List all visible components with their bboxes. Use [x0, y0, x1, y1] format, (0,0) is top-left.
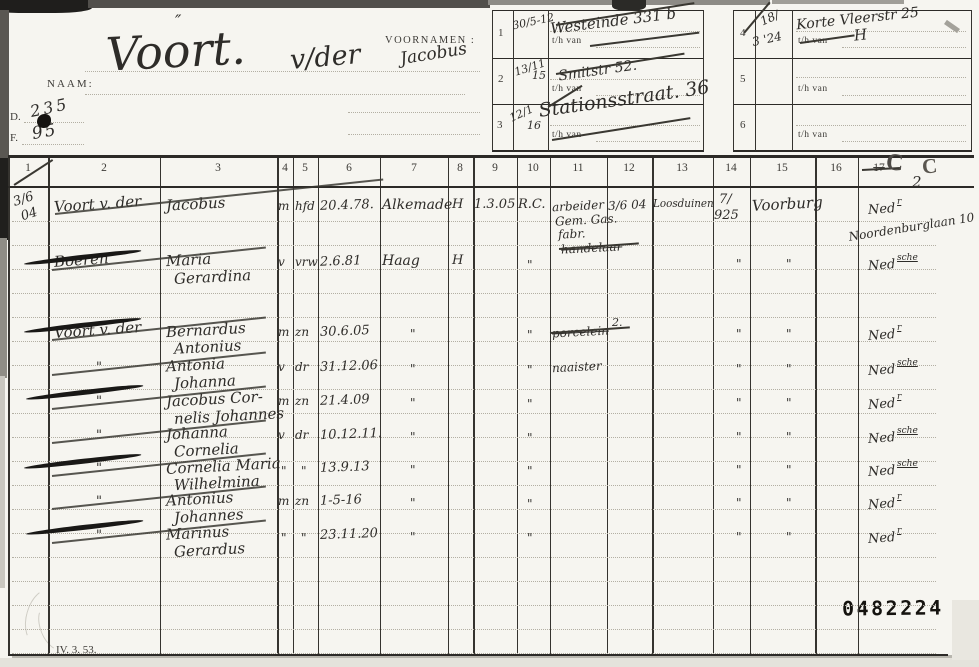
register-row-6-nationaliteit: Ned [868, 431, 896, 446]
register-row-7-geslacht: " [281, 465, 287, 477]
register-row-4-geboorteplaats-ditto: " [410, 363, 416, 375]
register-row-9-vertrek-naar-ditto: " [786, 531, 792, 543]
register-row-7-kerk-ditto: " [527, 465, 533, 477]
register-row-3-geslacht: m [278, 326, 289, 338]
register-ruling-dotline [12, 245, 936, 246]
address-row-number: 1 [498, 28, 504, 39]
ink-blot [37, 114, 51, 128]
address-ruling [796, 31, 966, 32]
address-table-border [733, 58, 972, 59]
register-ruling-dotline [12, 389, 936, 390]
register-row-9-relatie: " [301, 532, 307, 544]
register-row-6-kerk-ditto: " [527, 432, 533, 444]
register-row-4-geboortedatum: 31.12.06 [320, 359, 378, 374]
register-ruling-dotline [12, 341, 936, 342]
scan-edge-artifact [0, 658, 979, 667]
f-ruling [22, 144, 84, 145]
register-row-1-kerkgenootschap: R.C. [518, 198, 546, 211]
register-ruling-dotline [12, 629, 936, 630]
register-column-number: 4 [282, 163, 288, 175]
register-row-3-nationaliteit: Ned [868, 328, 896, 343]
scan-edge-artifact [0, 376, 5, 588]
naam-value: Voort. [105, 24, 247, 77]
scan-edge-artifact [0, 0, 92, 13]
register-row-4-kerk-ditto: " [527, 364, 533, 376]
register-column-number: 13 [676, 163, 688, 175]
register-column-number: 14 [725, 163, 737, 175]
corner-stamp-letter: C [885, 150, 905, 176]
register-column-number: 7 [411, 163, 417, 175]
pen-stroke [552, 117, 691, 141]
register-row-2-vertrek-datum-ditto: " [736, 258, 742, 270]
register-row-4-vertrek-naar-ditto: " [786, 363, 792, 375]
register-row-1-geboortedatum: 20.4.78. [320, 198, 374, 213]
register-ruling-dotline [12, 413, 936, 414]
register-row-7-nationaliteit: Ned [868, 464, 896, 479]
scanned-register-card: NAAM: ″ Voort. v/der VOORNAMEN : Jacobus… [0, 0, 979, 667]
address-table-border [971, 10, 972, 151]
register-row-5-vertrek-naar-ditto: " [786, 397, 792, 409]
naam-tussenvoegsel: v/der [289, 41, 362, 74]
register-column-number: 10 [527, 163, 539, 175]
register-row-1-nationaliteit-suffix: r [897, 198, 901, 207]
address-table-border [492, 10, 493, 151]
register-row-3-nationaliteit-suffix: r [897, 324, 901, 333]
register-row-8-naam-ditto: " [96, 495, 102, 508]
th-van-label: t/h van [798, 131, 828, 141]
address-table-border [492, 150, 704, 152]
address-ruling [842, 141, 966, 142]
register-top-border [8, 155, 974, 158]
register-row-3-geboorteplaats-ditto: " [410, 328, 416, 340]
register-row-7-geboorteplaats-ditto: " [410, 464, 416, 476]
register-ruling-dotline [12, 269, 936, 270]
address-ruling [842, 47, 966, 48]
register-row-1-herkomst: Loosduinen [653, 198, 714, 210]
register-row-6-geslacht: v [278, 429, 285, 441]
register-row-2-vertrek-naar-ditto: " [786, 258, 792, 270]
register-column-number: 6 [346, 163, 352, 175]
register-row-4-nationaliteit: Ned [868, 363, 896, 378]
register-row-9-voornaam: Gerardus [174, 541, 246, 560]
register-row-5-geboortedatum: 21.4.09 [320, 393, 370, 408]
register-row-1-geslacht: m [278, 200, 289, 212]
register-row-3-voornaam: Antonius [174, 338, 242, 357]
register-row-8-geboortedatum: 1-5-16 [320, 493, 362, 507]
register-row-1-relatie: hfd [295, 200, 315, 212]
register-row-2-geslacht: v [278, 256, 285, 268]
address-table-border [733, 104, 972, 105]
register-column-number: 16 [830, 163, 842, 175]
register-row-8-geslacht: m [278, 495, 289, 507]
pen-stroke [590, 32, 699, 47]
register-row-4-naam-ditto: " [96, 361, 102, 374]
register-ruling-dotline [12, 557, 936, 558]
register-header-underline [8, 186, 974, 188]
scan-edge-artifact [0, 238, 7, 378]
register-row-2-geboortedatum: 2.6.81 [320, 254, 362, 268]
address-table-border [733, 150, 972, 152]
address-row-date: 15 [532, 70, 546, 81]
register-row-6-geboortedatum: 10.12.11. [320, 427, 382, 442]
register-row-5-nationaliteit-suffix: r [897, 393, 901, 402]
register-column-number: 8 [457, 163, 463, 175]
register-row-5-kerk-ditto: " [527, 398, 533, 410]
register-row-1-vertrek-datum: 925 [714, 209, 739, 222]
register-row-1-beroep: Gem. Gas. [555, 212, 618, 227]
register-ruling-dotline [12, 461, 936, 462]
register-grid-vline [8, 157, 10, 655]
register-ruling-dotline [12, 317, 936, 318]
register-row-5-nationaliteit: Ned [868, 397, 896, 412]
address-row-number: 6 [740, 120, 746, 131]
register-row-4-beroep: naaister [552, 360, 602, 375]
register-row-7-vertrek-naar-ditto: " [786, 464, 792, 476]
register-row-2-voornaam: Gerardina [174, 268, 252, 287]
register-row-2-kerk-ditto: " [527, 259, 533, 271]
register-row-9-kerk-ditto: " [527, 532, 533, 544]
register-row-9-geslacht: " [281, 532, 287, 544]
register-ruling-dotline [12, 293, 936, 294]
register-ruling-dotline [12, 485, 936, 486]
register-row-1-beroep: fabr. [558, 227, 586, 240]
register-row-5-vertrek-datum-ditto: " [736, 397, 742, 409]
address-ruling [796, 125, 966, 126]
naam-ruling [85, 94, 465, 95]
corner-handwritten-number: 2 [912, 175, 922, 190]
address-table-border [733, 10, 734, 151]
register-row-9-geboortedatum: 23.11.20 [320, 527, 378, 542]
register-row-9-geboorteplaats-ditto: " [410, 531, 416, 543]
register-ruling-dotline [12, 653, 936, 654]
address-row-number: 3 [497, 120, 503, 131]
register-row-4-nationaliteit-suffix: sche [897, 359, 918, 368]
register-row-6-geboorteplaats-ditto: " [410, 431, 416, 443]
register-row-3-geboortedatum: 30.6.05 [320, 324, 370, 339]
address-table-border [755, 10, 756, 151]
register-row-5-relatie: zn [295, 395, 309, 407]
register-row-4-vertrek-datum-ditto: " [736, 363, 742, 375]
scan-edge-artifact [952, 600, 979, 660]
address-ruling [596, 141, 700, 142]
scan-edge-artifact [0, 10, 9, 160]
register-ruling-dotline [12, 605, 936, 606]
margin-check-stroke [26, 383, 144, 402]
register-row-1-vertrek-datum: 7/ [719, 193, 732, 206]
address-ruling [796, 77, 966, 78]
register-row-8-geboorteplaats-ditto: " [410, 497, 416, 509]
register-row-8-nationaliteit: Ned [868, 497, 896, 512]
register-column-number: 11 [572, 163, 583, 175]
register-row-1-kolom8: H [452, 198, 463, 211]
register-row-1-geboorteplaats: Alkemade [382, 198, 452, 212]
register-row-7-geboortedatum: 13.9.13 [320, 460, 370, 475]
register-column-number: 12 [623, 163, 635, 175]
register-row-3-beroep-note: 2. [612, 317, 623, 328]
address-table-border [548, 10, 549, 151]
register-row-5-geslacht: m [278, 395, 289, 407]
register-row-3-vertrek-datum-ditto: " [736, 328, 742, 340]
th-van-label: t/h van [552, 37, 582, 47]
address-row-number: 2 [498, 74, 504, 85]
register-row-9-nationaliteit-suffix: r [897, 527, 901, 536]
register-row-7-vertrek-datum-ditto: " [736, 464, 742, 476]
address-table-border [492, 58, 704, 59]
register-row-9-nationaliteit: Ned [868, 531, 896, 546]
register-row-8-relatie: zn [295, 495, 309, 507]
register-row-6-naam-ditto: " [96, 429, 102, 442]
register-row-5-geboorteplaats-ditto: " [410, 397, 416, 409]
register-row-8-vertrek-datum-ditto: " [736, 497, 742, 509]
register-row-7-naam-ditto: " [96, 462, 102, 475]
register-column-number: 9 [492, 163, 498, 175]
scan-edge-artifact [772, 0, 904, 4]
address-row-number: 5 [740, 74, 746, 85]
address-table-border [792, 10, 793, 151]
register-row-2-kolom8: H [452, 254, 463, 267]
register-row-9-vertrek-datum-ditto: " [736, 531, 742, 543]
register-row-1-huwelijksdatum: 1.3.05 [474, 198, 515, 211]
address-ruling [842, 95, 966, 96]
register-row-2-nationaliteit-suffix: sche [897, 254, 918, 263]
register-ruling-dotline [12, 221, 936, 222]
naam-label: NAAM: [47, 79, 94, 90]
register-row-4-relatie: dr [295, 361, 308, 373]
register-column-number: 2 [101, 163, 107, 175]
register-bottom-border [8, 654, 948, 656]
register-row-1-woonadres: Noordenburglaan 10 [848, 211, 975, 243]
register-row-1-nationaliteit: Ned [868, 202, 896, 217]
address-ruling [596, 47, 700, 48]
address-ruling [550, 125, 700, 126]
register-row-6-relatie: dr [295, 429, 308, 441]
register-row-2-relatie: vrw [295, 256, 318, 268]
register-ruling-dotline [12, 581, 936, 582]
register-column-number: 5 [302, 163, 308, 175]
register-row-2-geboorteplaats: Haag [382, 254, 420, 268]
register-row-1-vertrek-naar: Voorburg [752, 195, 823, 214]
register-row-3-kerk-ditto: " [527, 329, 533, 341]
register-row-5-naam-ditto: " [96, 395, 102, 408]
register-column-number: 3 [215, 163, 221, 175]
register-row-4-geslacht: v [278, 361, 285, 373]
register-column-number: 15 [776, 163, 788, 175]
register-row-6-nationaliteit-suffix: sche [897, 427, 918, 436]
register-ruling-dotline [12, 437, 936, 438]
register-row-6-vertrek-naar-ditto: " [786, 431, 792, 443]
naam-ruling [348, 134, 480, 135]
register-ruling-dotline [12, 509, 936, 510]
register-row-2-nationaliteit: Ned [868, 258, 896, 273]
f-label: F. [10, 133, 18, 144]
register-row-8-vertrek-naar-ditto: " [786, 497, 792, 509]
address-row-date: 16 [527, 120, 541, 131]
d-label: D. [10, 112, 21, 123]
register-row-3-vertrek-naar-ditto: " [786, 328, 792, 340]
register-row-3-relatie: zn [295, 326, 309, 338]
register-row-1-kolom12: 3/6 04 [608, 198, 647, 212]
register-row-7-nationaliteit-suffix: sche [897, 460, 918, 469]
address-row-th-value: H [853, 27, 868, 43]
register-row-1-beroep: arbeider [552, 199, 605, 214]
scan-edge-artifact [88, 0, 490, 8]
naam-ruling [348, 112, 480, 113]
register-row-8-nationaliteit-suffix: r [897, 493, 901, 502]
register-row-7-relatie: " [301, 465, 307, 477]
register-row-6-vertrek-datum-ditto: " [736, 431, 742, 443]
th-van-label: t/h van [798, 85, 828, 95]
corner-stamp-letter: C [921, 155, 938, 177]
register-row-8-kerk-ditto: " [527, 498, 533, 510]
register-row-9-naam-ditto: " [96, 529, 102, 542]
